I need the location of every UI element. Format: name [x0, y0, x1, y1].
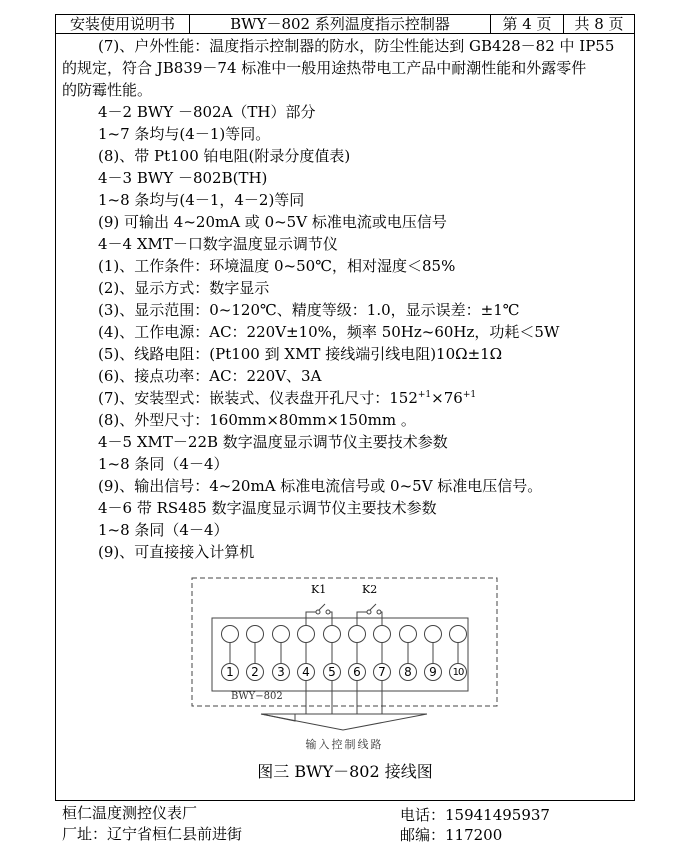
tolerance-sup: +1 [418, 390, 431, 400]
terminal-4: 4 [298, 664, 315, 681]
doc-title: BWY－802 系列温度指示控制器 [190, 15, 491, 33]
page-total: 共 8 页 [564, 15, 634, 33]
section-4-6: 4－6 带 RS485 数字温度显示调节仪主要技术参数 [98, 497, 437, 519]
input-control-label: 输入控制线路 [191, 736, 498, 752]
section-4-4: 4－4 XMT－口数字温度显示调节仪 [98, 233, 338, 255]
terminal-10: 10 [450, 664, 467, 681]
text-line: 1~8 条均与(4－1，4－2)等同 [98, 189, 304, 211]
text-line: (5)、线路电阻：(Pt100 到 XMT 接线端引线电阻)10Ω±1Ω [98, 343, 502, 365]
header-table: 安装使用说明书 BWY－802 系列温度指示控制器 第 4 页 共 8 页 [55, 14, 635, 34]
text-line: (6)、接点功率：AC：220V、3A [98, 365, 321, 387]
text-line: (2)、显示方式：数字显示 [98, 277, 269, 299]
para-7-line1: (7)、户外性能：温度指示控制器的防水，防尘性能达到 GB428－82 中 IP… [98, 35, 614, 57]
text-line: (9)、输出信号：4~20mA 标准电流信号或 0~5V 标准电压信号。 [98, 475, 542, 497]
phone: 电话：15941495937 [400, 805, 550, 825]
install-mid: ×76 [431, 389, 463, 407]
terminal-6: 6 [349, 664, 366, 681]
install-prefix: (7)、安装型式：嵌装式、仪表盘开孔尺寸：152 [98, 389, 418, 407]
section-4-2: 4－2 BWY －802A（TH）部分 [98, 101, 316, 123]
text-line: (1)、工作条件：环境温度 0~50℃，相对湿度＜85% [98, 255, 455, 277]
terminal-3: 3 [273, 664, 290, 681]
text-line: (8)、外型尺寸：160mm×80mm×150mm 。 [98, 409, 416, 431]
terminal-2: 2 [247, 664, 264, 681]
text-line: 1~8 条同（4－4） [98, 453, 229, 475]
install-type-line: (7)、安装型式：嵌装式、仪表盘开孔尺寸：152+1×76+1 [98, 387, 476, 409]
terminal-1: 1 [222, 664, 239, 681]
section-4-3: 4－3 BWY －802B(TH) [98, 167, 267, 189]
text-line: 1~7 条均与(4－1)等同。 [98, 123, 270, 145]
text-line: (9)、可直接接入计算机 [98, 541, 254, 563]
para-7-line3: 的防霉性能。 [62, 79, 152, 101]
text-line: (4)、工作电源：AC：220V±10%，频率 50Hz~60Hz，功耗＜5W [98, 321, 559, 343]
company-address: 厂址：辽宁省桓仁县前进街 [62, 824, 242, 844]
para-7-line2: 的规定，符合 JB839－74 标准中一般用途热带电工产品中耐潮性能和外露零件 [62, 57, 586, 79]
section-4-5: 4－5 XMT－22B 数字温度显示调节仪主要技术参数 [98, 431, 448, 453]
terminal-8: 8 [400, 664, 417, 681]
doc-type: 安装使用说明书 [56, 15, 190, 33]
postcode: 邮编：117200 [400, 825, 502, 845]
text-line: 1~8 条同（4－4） [98, 519, 229, 541]
switch-label-k1: K1 [311, 583, 326, 596]
switch-label-k2: K2 [362, 583, 377, 596]
terminal-7: 7 [374, 664, 391, 681]
figure-caption: 图三 BWY－802 接线图 [55, 759, 635, 782]
model-label: BWY−802 [231, 691, 283, 702]
company-name: 桓仁温度测控仪表厂 [62, 803, 197, 823]
terminal-9: 9 [425, 664, 442, 681]
wiring-diagram: K1 K2 1 2 3 4 5 6 7 8 9 10 BWY−802 输入控制线… [191, 577, 498, 707]
page-current: 第 4 页 [491, 15, 564, 33]
text-line: (3)、显示范围：0~120℃、精度等级：1.0，显示误差：±1℃ [98, 299, 520, 321]
text-line: (8)、带 Pt100 铂电阻(附录分度值表) [98, 145, 350, 167]
tolerance-sup: +1 [463, 390, 476, 400]
terminal-5: 5 [324, 664, 341, 681]
text-line: (9) 可输出 4~20mA 或 0~5V 标准电流或电压信号 [98, 211, 447, 233]
